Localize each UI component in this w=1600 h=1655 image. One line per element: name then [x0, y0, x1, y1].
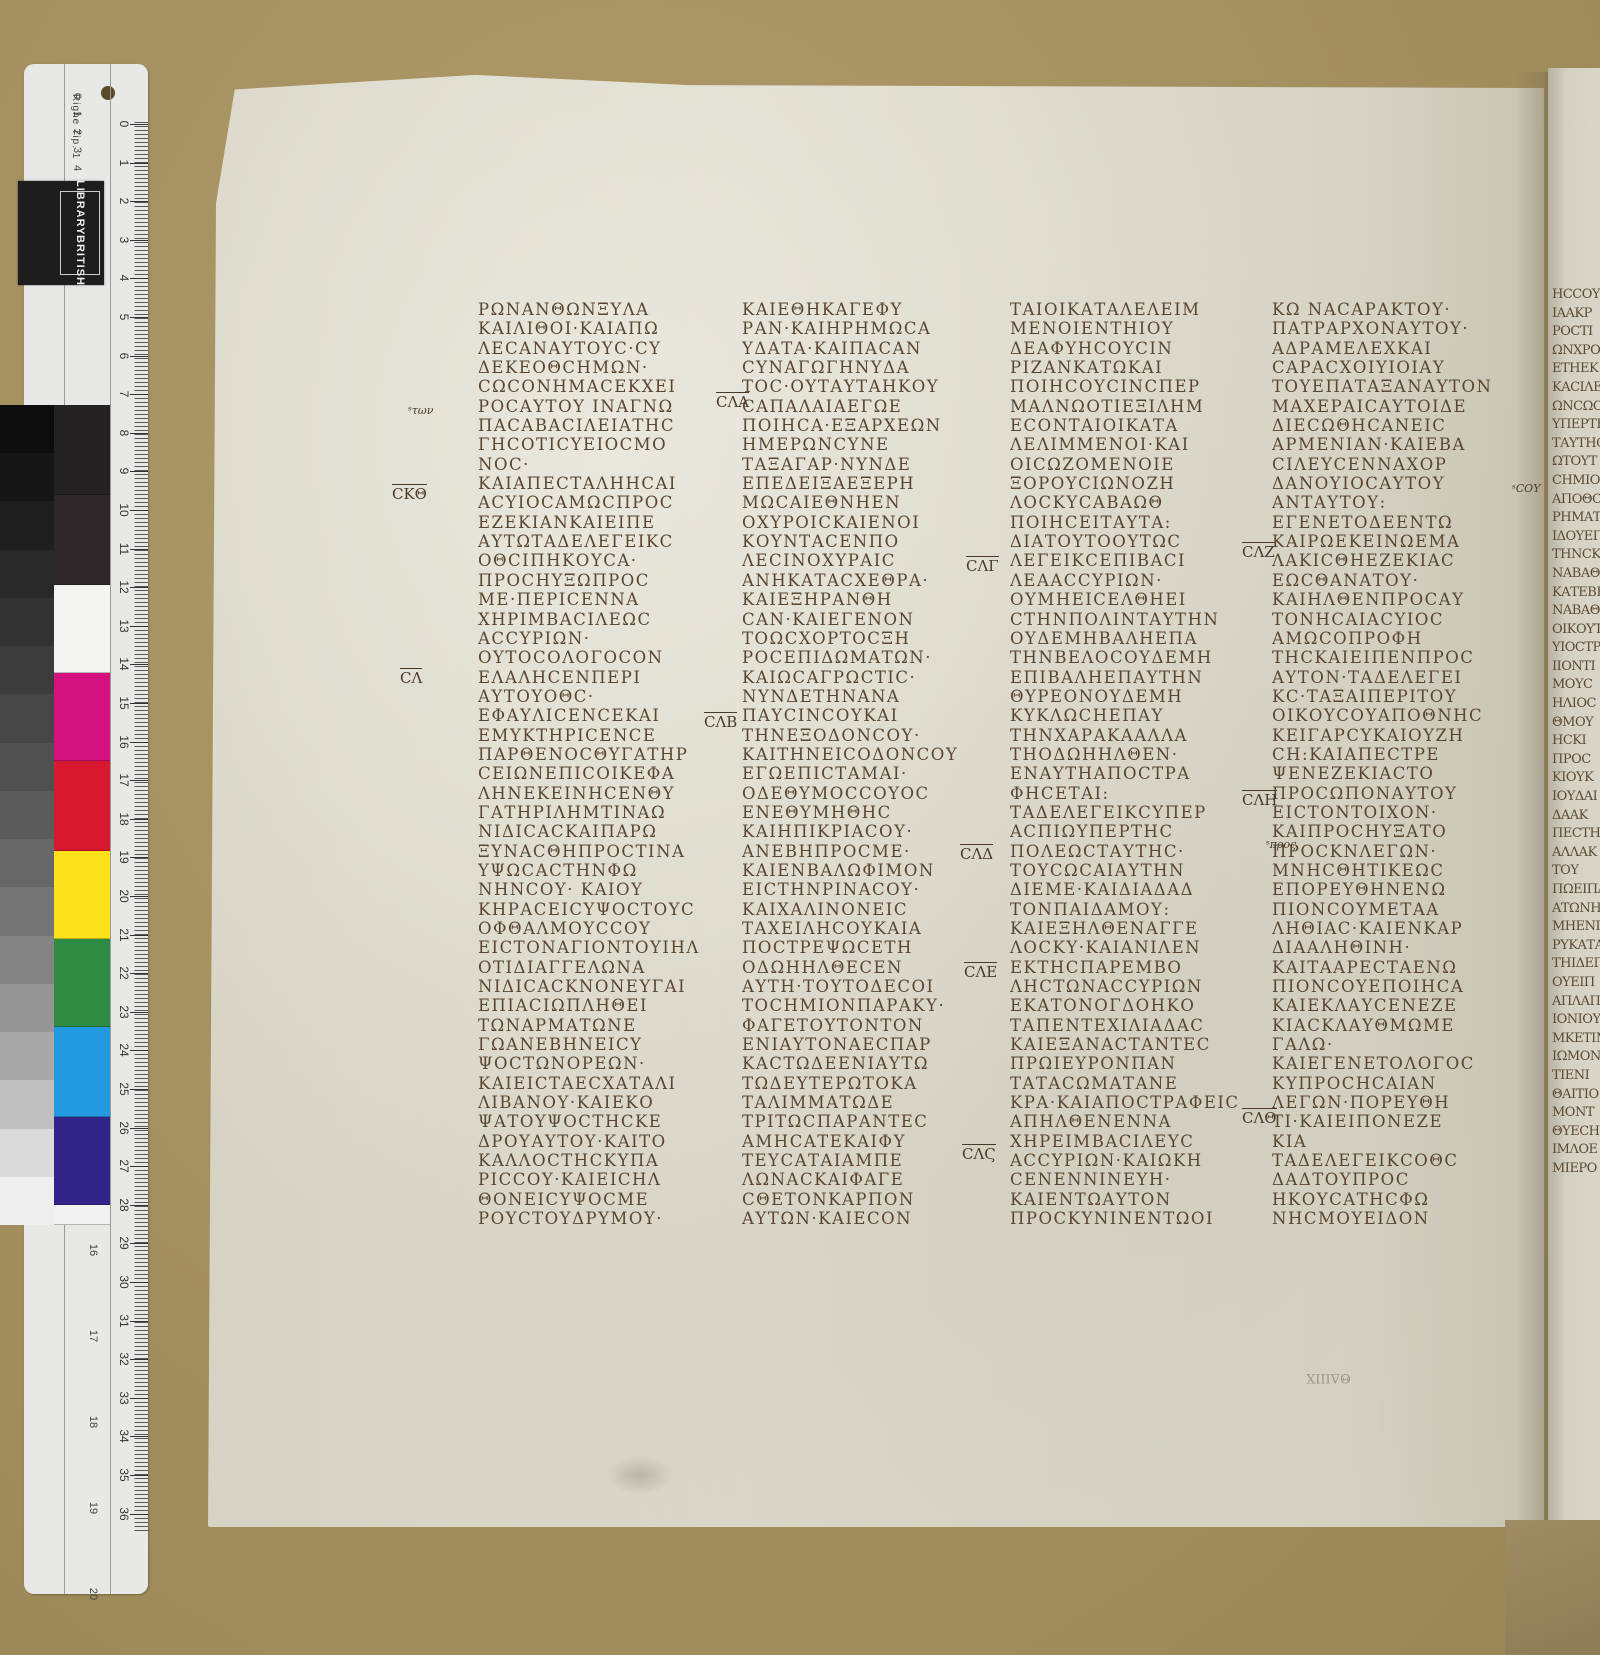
- manuscript-line: ΛΕϹΙΝΟΧΥΡΑΙϹ: [742, 551, 958, 570]
- manuscript-line: ΠΙΟΝϹΟΥΕΠΟΙΗϹΑ: [1272, 977, 1492, 996]
- manuscript-line: ΠΟΙΗϹΑ·ΕΞΑΡΧΕΩΝ: [742, 416, 958, 435]
- manuscript-line: ΤΙ·ΚΑΙΕΙΠΟΝΕΖΕ: [1272, 1112, 1492, 1131]
- ruler-cm-tick: [130, 703, 148, 704]
- ruler-cm-tick: [130, 1050, 148, 1051]
- ruler-cm-label: 36: [117, 1504, 131, 1524]
- manuscript-line: ΧΗΡΙΜΒΑϹΙΛΕΩϹ: [478, 610, 700, 629]
- manuscript-line: ΤΗΝΕΞΟΔΟΝϹΟΥ·: [742, 726, 958, 745]
- manuscript-line: ΕΙϹΤΟΝΑΓΙΟΝΤΟΥΙΗΛ: [478, 938, 700, 957]
- gray-patch: [0, 501, 54, 549]
- gray-patch: [0, 1129, 54, 1177]
- manuscript-line: ΠΡΟϹΩΠΟΝΑΥΤΟΥ: [1272, 784, 1492, 803]
- ruler-cm-label: 34: [117, 1426, 131, 1446]
- facing-leaf-line: ΚΑΤΕΒΗ: [1552, 584, 1600, 603]
- manuscript-line: ΑΥΤΩΝ·ΚΑΙΕϹΟΝ: [742, 1209, 958, 1228]
- ruler-cm-label: 15: [117, 693, 131, 713]
- manuscript-line: ΚΥΠΡΟϹΗϹΑΙΑΝ: [1272, 1074, 1492, 1093]
- manuscript-line: ΜΑΛΝΩΟΤΙΕΞΙΛΗΜ: [1010, 397, 1240, 416]
- manuscript-line: ϹΥΝΑΓΩΓΗΝΥΔΑ: [742, 358, 958, 377]
- section-number: ϹΛΕ: [964, 962, 997, 981]
- facing-leaf-line: ΜΟΥϹ: [1552, 676, 1600, 695]
- facing-leaf-line: ΔΑΑΚ: [1552, 807, 1600, 826]
- manuscript-line: ΔΙΑΑΛΗΘΙΝΗ·: [1272, 938, 1492, 957]
- manuscript-line: ΟΔΕΘΥΜΟϹϹΟΥΟϹ: [742, 784, 958, 803]
- manuscript-line: ΤΩΝΑΡΜΑΤΩΝΕ: [478, 1016, 700, 1035]
- manuscript-line: ΝΙΔΙϹΑϹΚΑΙΠΑΡΩ: [478, 822, 700, 841]
- ruler-cm-tick: [130, 1089, 148, 1090]
- manuscript-line: ΘΥΡΕΟΝΟΥΔΕΜΗ: [1010, 687, 1240, 706]
- manuscript-line: ΤΑΔΕΛΕΓΕΙΚϹΟΘϹ: [1272, 1151, 1492, 1170]
- manuscript-line: ΤΑΙΟΙΚΑΤΑΛΕΛΕΙΜ: [1010, 300, 1240, 319]
- manuscript-line: ΓΗϹΟΤΙϹΥΕΙΟϹΜΟ: [478, 435, 700, 454]
- yellow-color-patch: [54, 851, 110, 939]
- ruler-cm-tick: [130, 896, 148, 897]
- manuscript-line: ΚΑΙΗΛΘΕΝΠΡΟϹΑΥ: [1272, 590, 1492, 609]
- ruler-cm-label: 32: [117, 1349, 131, 1369]
- manuscript-line: ΛΙΒΑΝΟΥ·ΚΑΙΕΚΟ: [478, 1093, 700, 1112]
- manuscript-line: ϹΕΙΩΝΕΠΙϹΟΙΚΕΦΑ: [478, 764, 700, 783]
- gray-patch: [0, 791, 54, 839]
- manuscript-line: ΝΟϹ·: [478, 455, 700, 474]
- ruler-cm-label: 26: [117, 1118, 131, 1138]
- ruler-cm-tick: [130, 317, 148, 318]
- gray-patch: [0, 694, 54, 742]
- gray-patch: [0, 453, 54, 501]
- manuscript-line: ΟΥΔΕΜΗΒΑΛΗΕΠΑ: [1010, 629, 1240, 648]
- ruler-cm-tick: [130, 471, 148, 472]
- ruler-inch-label: 19: [87, 1499, 99, 1517]
- ruler-cm-tick: [130, 201, 148, 202]
- manuscript-line: ΟΥΜΗΕΙϹΕΛΘΗΕΙ: [1010, 590, 1240, 609]
- color-patch-strip: [54, 405, 110, 1225]
- ruler-cm-label: 25: [117, 1079, 131, 1099]
- manuscript-line: ΔΙΑΤΟΥΤΟΟΥΤΩϹ: [1010, 532, 1240, 551]
- manuscript-line: ΛΕϹΑΝΑΥΤΟΥϹ·ϹΥ: [478, 339, 700, 358]
- manuscript-line: ΕΛΑΛΗϹΕΝΠΕΡΙ: [478, 668, 700, 687]
- facing-leaf-line: ΡΥΚΑΤΑ: [1552, 937, 1600, 956]
- manuscript-line: ΑΝΤΑΥΤΟΥ:: [1272, 493, 1492, 512]
- manuscript-line: ΗΜΕΡΩΝϹΥΝΕ: [742, 435, 958, 454]
- section-number: ϹΛΑ: [716, 392, 749, 411]
- manuscript-line: ΑΜΩϹΟΠΡΟΦΗ: [1272, 629, 1492, 648]
- manuscript-line: ΟΙϹΩΖΟΜΕΝΟΙΕ: [1010, 455, 1240, 474]
- facing-leaf-line: ΥΙΟϹΤΡΟ: [1552, 639, 1600, 658]
- text-column-2: ΚΑΙΕΘΗΚΑΓΕΦΥΡΑΝ·ΚΑΙΗΡΗΜΩϹΑΥΔΑΤΑ·ΚΑΙΠΑϹΑΝ…: [742, 300, 958, 1229]
- manuscript-line: ΤΑΞΑΓΑΡ·ΝΥΝΔΕ: [742, 455, 958, 474]
- manuscript-line: ΛΗΘΙΑϹ·ΚΑΙΕΝΚΑΡ: [1272, 919, 1492, 938]
- manuscript-line: ΟΧΥΡΟΙϹΚΑΙΕΝΟΙ: [742, 513, 958, 532]
- ruler-inch-label: 20: [87, 1585, 99, 1603]
- ruler-cm-tick: [130, 394, 148, 395]
- manuscript-line: ΚΟΥΝΤΑϹΕΝΠΟ: [742, 532, 958, 551]
- manuscript-line: ϹΕΝΕΝΝΙΝΕΥΗ·: [1010, 1170, 1240, 1189]
- manuscript-line: ΥΨΩϹΑϹΤΗΝΦΩ: [478, 861, 700, 880]
- manuscript-line: ΚΑΙΕΝΒΑΛΩΦΙΜΟΝ: [742, 861, 958, 880]
- british-library-tag: LIBRARY BRITISH: [18, 181, 104, 285]
- manuscript-line: ΚΑΙΕΝΤΩΑΥΤΟΝ: [1010, 1190, 1240, 1209]
- manuscript-line: ΕΩϹΘΑΝΑΤΟΥ·: [1272, 571, 1492, 590]
- ruler-cm-label: 1: [117, 153, 131, 173]
- ruler-inch-label: 3: [71, 141, 83, 159]
- manuscript-line: ΠΡΟϹΗΥΞΩΠΡΟϹ: [478, 571, 700, 590]
- ruler-cm-label: 17: [117, 770, 131, 790]
- manuscript-line: ΜΑΧΕΡΑΙϹΑΥΤΟΙΔΕ: [1272, 397, 1492, 416]
- manuscript-line: ΓΑΛΩ·: [1272, 1035, 1492, 1054]
- library-logo: LIBRARY BRITISH: [60, 191, 100, 275]
- manuscript-line: ΚΕΙΓΑΡϹΥΚΑΙΟΥΖΗ: [1272, 726, 1492, 745]
- ruler-inch-label: 18: [87, 1413, 99, 1431]
- ruler-cm-tick: [130, 1243, 148, 1244]
- ruler-cm-label: 3: [117, 230, 131, 250]
- magenta-color-patch: [54, 673, 110, 761]
- manuscript-line: ΘΟΝΕΙϹΥΨΟϹΜΕ: [478, 1190, 700, 1209]
- ruler-cm-label: 28: [117, 1195, 131, 1215]
- facing-leaf-text: ΗϹϹΟΥΙΑΑΚΡΡΟϹΤΙΩΝΧΡΟΕΤΗΕΚΚΑϹΙΛΕΩΩΝϹΩΟΥΠΕ…: [1552, 286, 1600, 1179]
- manuscript-line: ΤΗϹΚΑΙΕΙΠΕΝΠΡΟϹ: [1272, 648, 1492, 667]
- manuscript-line: ΥΔΑΤΑ·ΚΑΙΠΑϹΑΝ: [742, 339, 958, 358]
- ruler-cm-label: 11: [117, 539, 131, 559]
- manuscript-line: ΚΑΙΛΙΘΟΙ·ΚΑΙΑΠΩ: [478, 319, 700, 338]
- cyan-color-patch: [54, 1027, 110, 1117]
- manuscript-line: ΓΩΑΝΕΒΗΝΕΙϹΥ: [478, 1035, 700, 1054]
- manuscript-line: ΚΑΙΤΑΑΡΕϹΤΑΕΝΩ: [1272, 958, 1492, 977]
- facing-leaf-line: ΩΝϹΩΟ: [1552, 398, 1600, 417]
- facing-leaf-line: ΤΟΥ: [1552, 862, 1600, 881]
- manuscript-line: ΔΙΕϹΩΘΗϹΑΝΕΙϹ: [1272, 416, 1492, 435]
- manuscript-line: ΚΩ ΝΑϹΑΡΑΚΤΟΥ·: [1272, 300, 1492, 319]
- ruler-cm-tick: [130, 1436, 148, 1437]
- manuscript-line: ΤΡΙΤΩϹΠΑΡΑΝΤΕϹ: [742, 1112, 958, 1131]
- gray-patch: [0, 646, 54, 694]
- manuscript-line: ΑΥΤΗ·ΤΟΥΤΟΔΕϹΟΙ: [742, 977, 958, 996]
- manuscript-line: ΠΟΙΗϹΕΙΤΑΥΤΑ:: [1010, 513, 1240, 532]
- ruler-cm-tick: [130, 1205, 148, 1206]
- bottom-board: [1505, 1520, 1600, 1655]
- facing-leaf-line: ΗϹΚΙ: [1552, 732, 1600, 751]
- ruler-cm-tick: [130, 857, 148, 858]
- manuscript-line: ΤΟΩϹΧΟΡΤΟϹΞΗ: [742, 629, 958, 648]
- manuscript-line: ΤΑΔΕΛΕΓΕΙΚϹΥΠΕΡ: [1010, 803, 1240, 822]
- manuscript-line: ΔΙΕΜΕ·ΚΑΙΔΙΑΔΑΔ: [1010, 880, 1240, 899]
- facing-leaf-line: ΝΑΒΑΘΜ: [1552, 602, 1600, 621]
- manuscript-line: ΝΗϹΜΟΥΕΙΔΟΝ: [1272, 1209, 1492, 1228]
- manuscript-line: ΕΓΩΕΠΙϹΤΑΜΑΙ·: [742, 764, 958, 783]
- ruler-cm-tick: [130, 1166, 148, 1167]
- manuscript-line: ΕΠΕΔΕΙΞΑΕΞΕΡΗ: [742, 474, 958, 493]
- ruler-cm-label: 12: [117, 577, 131, 597]
- manuscript-line: ΠΟϹΤΡΕΨΩϹΕΤΗ: [742, 938, 958, 957]
- facing-leaf-line: ΑΤΩΝΗ: [1552, 900, 1600, 919]
- facing-leaf-line: ΙΑΑΚΡ: [1552, 305, 1600, 324]
- facing-leaf-line: ΜΚΕΤΙΜ: [1552, 1030, 1600, 1049]
- manuscript-line: ΜΝΗϹΘΗΤΙΚΕΩϹ: [1272, 861, 1492, 880]
- manuscript-line: ΜΩϹΑΙΕΘΝΗΕΝ: [742, 493, 958, 512]
- manuscript-line: ΤΕΥϹΑΤΑΙΑΜΠΕ: [742, 1151, 958, 1170]
- manuscript-line: ΝΥΝΔΕΤΗΝΑΝΑ: [742, 687, 958, 706]
- ruler-cm-label: 6: [117, 346, 131, 366]
- red-color-patch: [54, 761, 110, 851]
- manuscript-line: ΑΥΤΟΥΟΘϹ·: [478, 687, 700, 706]
- color-calibration-target: [0, 405, 110, 1225]
- section-number: ϹΛ: [400, 668, 422, 687]
- marginal-gloss: ˢϹΟΥ: [1512, 482, 1540, 495]
- gray-patch: [0, 839, 54, 887]
- manuscript-line: ΛΕΓΩΝ·ΠΟΡΕΥΘΗ: [1272, 1093, 1492, 1112]
- facing-leaf-line: ΚΙΟΥΚ: [1552, 769, 1600, 788]
- manuscript-line: ΑϹϹΥΡΙΩΝ·ΚΑΙΩΚΗ: [1010, 1151, 1240, 1170]
- manuscript-line: ΟΘϹΙΠΗΚΟΥϹΑ·: [478, 551, 700, 570]
- gray-patch: [0, 550, 54, 598]
- ruler-inch-label: 16: [87, 1241, 99, 1259]
- manuscript-line: ΛΟϹΚΥϹΑΒΑΩΘ: [1010, 493, 1240, 512]
- manuscript-line: ΟΥΤΟϹΟΛΟΓΟϹΟΝ: [478, 648, 700, 667]
- facing-leaf-line: ΠΡΟϹ: [1552, 751, 1600, 770]
- manuscript-line: ΡΙϹϹΟΥ·ΚΑΙΕΙϹΗΛ: [478, 1170, 700, 1189]
- gray-patch: [0, 1177, 54, 1225]
- manuscript-line: ΕΠΙΒΑΛΗΕΠΑΥΤΗΝ: [1010, 668, 1240, 687]
- ruler-cm-tick: [130, 549, 148, 550]
- manuscript-line: ΑΡΜΕΝΙΑΝ·ΚΑΙΕΒΑ: [1272, 435, 1492, 454]
- ruler-cm-label: 23: [117, 1002, 131, 1022]
- manuscript-line: ΚΑΙΩϹΑΓΡΩϹΤΙϹ·: [742, 668, 958, 687]
- ruler-cm-label: 4: [117, 268, 131, 288]
- ruler-cm-tick: [130, 1321, 148, 1322]
- facing-leaf-line: ΗΛΙΟϹ: [1552, 695, 1600, 714]
- gray-patch: [0, 743, 54, 791]
- ruler-inch-label: 17: [87, 1327, 99, 1345]
- facing-leaf-line: ΘΥΕϹΗ: [1552, 1123, 1600, 1142]
- manuscript-line: ΕΜΥΚΤΗΡΙϹΕΝϹΕ: [478, 726, 700, 745]
- blank-color-patch: [54, 1205, 110, 1225]
- gray-patch: [0, 1032, 54, 1080]
- ruler-cm-tick: [130, 1359, 148, 1360]
- dark-brown-color-patch: [54, 495, 110, 585]
- manuscript-line: ΚΑΙΡΩΕΚΕΙΝΩΕΜΑ: [1272, 532, 1492, 551]
- facing-leaf-line: ΝΑΒΑΘΜ: [1552, 565, 1600, 584]
- ruler-cm-tick: [130, 124, 148, 125]
- manuscript-line: ΚΑΙΕΙϹΤΑΕϹΧΑΤΑΛΙ: [478, 1074, 700, 1093]
- manuscript-line: ΕΝΕΘΥΜΗΘΗϹ: [742, 803, 958, 822]
- manuscript-line: ΤΑΤΑϹΩΜΑΤΑΝΕ: [1010, 1074, 1240, 1093]
- manuscript-line: ΚΥΚΛΩϹΗΕΠΑΥ: [1010, 706, 1240, 725]
- manuscript-line: ΞΟΡΟΥϹΙΩΝΟΖΗ: [1010, 474, 1240, 493]
- manuscript-line: ΤΟΝΗϹΑΙΑϹΥΙΟϹ: [1272, 610, 1492, 629]
- manuscript-line: ΚΗΡΑϹΕΙϹΥΨΟϹΤΟΥϹ: [478, 900, 700, 919]
- manuscript-line: ΚΡΑ·ΚΑΙΑΠΟϹΤΡΑΦΕΙϹ: [1010, 1093, 1240, 1112]
- manuscript-line: ΕΙϹΤΟΝΤΟΙΧΟΝ·: [1272, 803, 1492, 822]
- ruler-cm-label: 18: [117, 809, 131, 829]
- manuscript-line: ΛΟϹΚΥ·ΚΑΙΑΝΙΛΕΝ: [1010, 938, 1240, 957]
- manuscript-line: ΦΑΓΕΤΟΥΤΟΝΤΟΝ: [742, 1016, 958, 1035]
- facing-leaf-line: ΟΙΚΟΥΤΙ: [1552, 621, 1600, 640]
- manuscript-line: ΑΥΤΟΝ·ΤΑΔΕΛΕΓΕΙ: [1272, 668, 1492, 687]
- manuscript-line: ΑΔΡΑΜΕΛΕΧΚΑΙ: [1272, 339, 1492, 358]
- section-number: ϹΛΒ: [704, 712, 737, 731]
- ruler-cm-tick: [130, 664, 148, 665]
- ruler-cm-tick: [130, 356, 148, 357]
- ruler-cm-label: 0: [117, 114, 131, 134]
- manuscript-line: ϹΩϹΟΝΗΜΑϹΕΚΧΕΙ: [478, 377, 700, 396]
- manuscript-line: ΚΙΑ: [1272, 1132, 1492, 1151]
- facing-leaf-line: ΠΩΕΙΠΑ: [1552, 881, 1600, 900]
- manuscript-line: ΚΑΛΛΟϹΤΗϹΚΥΠΑ: [478, 1151, 700, 1170]
- ruler-cm-label: 24: [117, 1040, 131, 1060]
- manuscript-line: ϹΙΛΕΥϹΕΝΝΑΧΟΡ: [1272, 455, 1492, 474]
- ruler-cm-label: 22: [117, 963, 131, 983]
- ruler-cm-label: 19: [117, 847, 131, 867]
- ruler-cm-label: 33: [117, 1388, 131, 1408]
- manuscript-line: ΡΑΝ·ΚΑΙΗΡΗΜΩϹΑ: [742, 319, 958, 338]
- stain: [605, 1455, 675, 1495]
- manuscript-line: ΤΟϹΗΜΙΟΝΠΑΡΑΚΥ·: [742, 996, 958, 1015]
- ruler-cm-label: 2: [117, 191, 131, 211]
- text-column-1: ΡΩΝΑΝΘΩΝΞΥΛΑΚΑΙΛΙΘΟΙ·ΚΑΙΑΠΩΛΕϹΑΝΑΥΤΟΥϹ·Ϲ…: [478, 300, 700, 1229]
- manuscript-line: ΛΗΝΕΚΕΙΝΗϹΕΝΘΥ: [478, 784, 700, 803]
- manuscript-line: ΨΑΤΟΥΨΟϹΤΗϹΚΕ: [478, 1112, 700, 1131]
- manuscript-line: ΡΙΖΑΝΚΑΤΩΚΑΙ: [1010, 358, 1240, 377]
- manuscript-line: ΤΑΠΕΝΤΕΧΙΛΙΑΔΑϹ: [1010, 1016, 1240, 1035]
- manuscript-line: ΛΗϹΤΩΝΑϹϹΥΡΙΩΝ: [1010, 977, 1240, 996]
- ruler-cm-tick: [130, 1012, 148, 1013]
- manuscript-line: ΠΡΟϹΚΝΛΕΓΩΝ·: [1272, 842, 1492, 861]
- facing-leaf-line: ΘΜΟΥ: [1552, 714, 1600, 733]
- manuscript-line: ΜΕ·ΠΕΡΙϹΕΝΝΑ: [478, 590, 700, 609]
- manuscript-line: ΚΑϹΤΩΔΕΕΝΙΑΥΤΩ: [742, 1054, 958, 1073]
- manuscript-line: ϹΤΗΝΠΟΛΙΝΤΑΥΤΗΝ: [1010, 610, 1240, 629]
- manuscript-line: ΑϹϹΥΡΙΩΝ·: [478, 629, 700, 648]
- ruler-cm-label: 27: [117, 1156, 131, 1176]
- facing-leaf-line: ΑΠΟΘϹ: [1552, 491, 1600, 510]
- manuscript-line: ΤΗΟΔΩΗΗΛΘΕΝ·: [1010, 745, 1240, 764]
- manuscript-line: ΤΗΝΒΕΛΟϹΟΥΔΕΜΗ: [1010, 648, 1240, 667]
- manuscript-line: ΡΟΥϹΤΟΥΔΡΥΜΟΥ·: [478, 1209, 700, 1228]
- ruler-cm-label: 30: [117, 1272, 131, 1292]
- manuscript-line: ΟΦΘΑΛΜΟΥϹϹΟΥ: [478, 919, 700, 938]
- ruler-inch-label: 0: [71, 87, 83, 105]
- facing-leaf-line: ϹΗΜΙΟΝ: [1552, 472, 1600, 491]
- manuscript-line: ΨΟϹΤΩΝΟΡΕΩΝ·: [478, 1054, 700, 1073]
- manuscript-line: ΔΕΑΦΥΗϹΟΥϹΙΝ: [1010, 339, 1240, 358]
- ruler-cm-tick: [130, 1128, 148, 1129]
- manuscript-line: ΦΗϹΕΤΑΙ:: [1010, 784, 1240, 803]
- ruler-cm-label: 13: [117, 616, 131, 636]
- ruler-cm-label: 31: [117, 1311, 131, 1331]
- facing-leaf-line: ΑΠΛΑΠ: [1552, 993, 1600, 1012]
- ruler-cm-tick: [130, 973, 148, 974]
- black-color-patch: [54, 405, 110, 495]
- manuscript-line: ΜΕΝΟΙΕΝΤΗΙΟΥ: [1010, 319, 1240, 338]
- manuscript-line: ΑΝΕΒΗΠΡΟϹΜΕ·: [742, 842, 958, 861]
- manuscript-line: ΑϹΠΙΩΥΠΕΡΤΗϹ: [1010, 822, 1240, 841]
- manuscript-line: ΚΑΙΕΞΗΡΑΝΘΗ: [742, 590, 958, 609]
- manuscript-line: ϹΑΡΑϹΧΟΙΥΙΟΙΑΥ: [1272, 358, 1492, 377]
- facing-leaf-line: ΙΜΛΟΕ: [1552, 1141, 1600, 1160]
- manuscript-line: ΚΑΙΑΠΕϹΤΑΛΗΗϹΑΙ: [478, 474, 700, 493]
- manuscript-line: ΤΩΔΕΥΤΕΡΩΤΟΚΑ: [742, 1074, 958, 1093]
- ruler-cm-label: 35: [117, 1465, 131, 1485]
- manuscript-line: ΑΝΗΚΑΤΑϹΧΕΘΡΑ·: [742, 571, 958, 590]
- manuscript-line: ΠΑϹΑΒΑϹΙΛΕΙΑΤΗϹ: [478, 416, 700, 435]
- ruler-cm-tick: [130, 1282, 148, 1283]
- manuscript-line: ΚΑΙΗΠΙΚΡΙΑϹΟΥ·: [742, 822, 958, 841]
- grayscale-strip: [0, 405, 54, 1225]
- facing-leaf-line: ΩΝΧΡΟ: [1552, 342, 1600, 361]
- green-color-patch: [54, 939, 110, 1027]
- manuscript-line: ΔΡΟΥΑΥΤΟΥ·ΚΑΙΤΟ: [478, 1132, 700, 1151]
- manuscript-line: ΡΟϹΕΠΙΔΩΜΑΤΩΝ·: [742, 648, 958, 667]
- manuscript-line: ΔΑΔΤΟΥΠΡΟϹ: [1272, 1170, 1492, 1189]
- manuscript-line: ΕΦΑΥΛΙϹΕΝϹΕΚΑΙ: [478, 706, 700, 725]
- manuscript-line: ΔΑΝΟΥΙΟϹΑΥΤΟΥ: [1272, 474, 1492, 493]
- manuscript-line: ΠΑΡΘΕΝΟϹΘΥΓΑΤΗΡ: [478, 745, 700, 764]
- facing-leaf-line: ΡΗΜΑΤ: [1552, 509, 1600, 528]
- marginal-gloss: ˢτων: [408, 404, 433, 417]
- manuscript-line: ϹΑΠΑΛΑΙΑΕΓΩΕ: [742, 397, 958, 416]
- manuscript-line: ΟΙΚΟΥϹΟΥΑΠΟΘΝΗϹ: [1272, 706, 1492, 725]
- manuscript-line: ΠΟΙΗϹΟΥϹΙΝϹΠΕΡ: [1010, 377, 1240, 396]
- ruler-cm-label: 10: [117, 500, 131, 520]
- manuscript-line: ΕΠΙΑϹΙΩΠΛΗΘΕΙ: [478, 996, 700, 1015]
- ruler-inch-label: 4: [71, 159, 83, 177]
- facing-leaf-line: ΜΗΕΝΙ: [1552, 918, 1600, 937]
- manuscript-line: ΝΙΔΙϹΑϹΚΝΟΝΕΥΓΑΙ: [478, 977, 700, 996]
- manuscript-line: ΕΙϹΤΗΝΡΙΝΑϹΟΥ·: [742, 880, 958, 899]
- manuscript-line: ΨΕΝΕΖΕΚΙΑϹΤΟ: [1272, 764, 1492, 783]
- manuscript-line: ΛΕΑΑϹϹΥΡΙΩΝ·: [1010, 571, 1240, 590]
- manuscript-line: ΚΑΙΕΘΗΚΑΓΕΦΥ: [742, 300, 958, 319]
- manuscript-line: ΚΑΙΧΑΛΙΝΟΝΕΙϹ: [742, 900, 958, 919]
- ruler-cm-label: 9: [117, 461, 131, 481]
- ruler-cm-tick: [130, 626, 148, 627]
- manuscript-line: ΚΑΙΕΞΑΝΑϹΤΑΝΤΕϹ: [1010, 1035, 1240, 1054]
- facing-leaf-line: ΩΤΟΥΤ: [1552, 453, 1600, 472]
- facing-leaf-line: ΙΟΝΙΟΥ: [1552, 1011, 1600, 1030]
- section-number: ϹΛΗ: [1242, 790, 1277, 809]
- manuscript-line: ΕΓΕΝΕΤΟΔΕΕΝΤΩ: [1272, 513, 1492, 532]
- ruler-cm-tick: [130, 433, 148, 434]
- ruler-cm-tick: [130, 587, 148, 588]
- manuscript-line: ΛΑΚΙϹΘΗΕΖΕΚΙΑϹ: [1272, 551, 1492, 570]
- section-number: ϹΛΓ: [966, 556, 999, 575]
- ruler-cm-tick: [130, 1475, 148, 1476]
- manuscript-line: ΛΕΛΙΜΜΕΝΟΙ·ΚΑΙ: [1010, 435, 1240, 454]
- manuscript-line: ϹΑΝ·ΚΑΙΕΓΕΝΟΝ: [742, 610, 958, 629]
- manuscript-line: ΕΠΟΡΕΥΘΗΝΕΝΩ: [1272, 880, 1492, 899]
- manuscript-line: ΤΟΥϹΩϹΑΙΑΥΤΗΝ: [1010, 861, 1240, 880]
- ruler-cm-label: 16: [117, 732, 131, 752]
- ruler-cm-tick: [130, 163, 148, 164]
- facing-leaf-line: ΙΟΥΔΑΙ: [1552, 788, 1600, 807]
- facing-leaf-line: ΤΑΥΤΗϹ: [1552, 435, 1600, 454]
- manuscript-line: ΧΗΡΕΙΜΒΑϹΙΛΕΥϹ: [1010, 1132, 1240, 1151]
- manuscript-line: ΠΟΛΕΩϹΤΑΥΤΗϹ·: [1010, 842, 1240, 861]
- manuscript-line: ΓΑΤΗΡΙΛΗΜΤΙΝΑΩ: [478, 803, 700, 822]
- ruler-cm-label: 20: [117, 886, 131, 906]
- section-number: ϹΛΘ: [1242, 1108, 1277, 1127]
- facing-leaf-line: ΙΩΜΟΝ: [1552, 1048, 1600, 1067]
- facing-leaf-line: ΠΕϹΤΗ: [1552, 825, 1600, 844]
- text-column-3: ΤΑΙΟΙΚΑΤΑΛΕΛΕΙΜΜΕΝΟΙΕΝΤΗΙΟΥΔΕΑΦΥΗϹΟΥϹΙΝΡ…: [1010, 300, 1240, 1229]
- ruler-cm-tick: [130, 819, 148, 820]
- manuscript-line: ΑϹΥΙΟϹΑΜΩϹΠΡΟϹ: [478, 493, 700, 512]
- facing-leaf-line: ΕΤΗΕΚ: [1552, 360, 1600, 379]
- gray-patch: [0, 405, 54, 453]
- manuscript-line: ΕΚΤΗϹΠΑΡΕΜΒΟ: [1010, 958, 1240, 977]
- ruler-cm-label: 7: [117, 384, 131, 404]
- section-number: ϹΚΘ: [392, 484, 427, 503]
- manuscript-line: ΤΟΝΠΑΙΔΑΜΟΥ:: [1010, 900, 1240, 919]
- ruler-cm-label: 14: [117, 654, 131, 674]
